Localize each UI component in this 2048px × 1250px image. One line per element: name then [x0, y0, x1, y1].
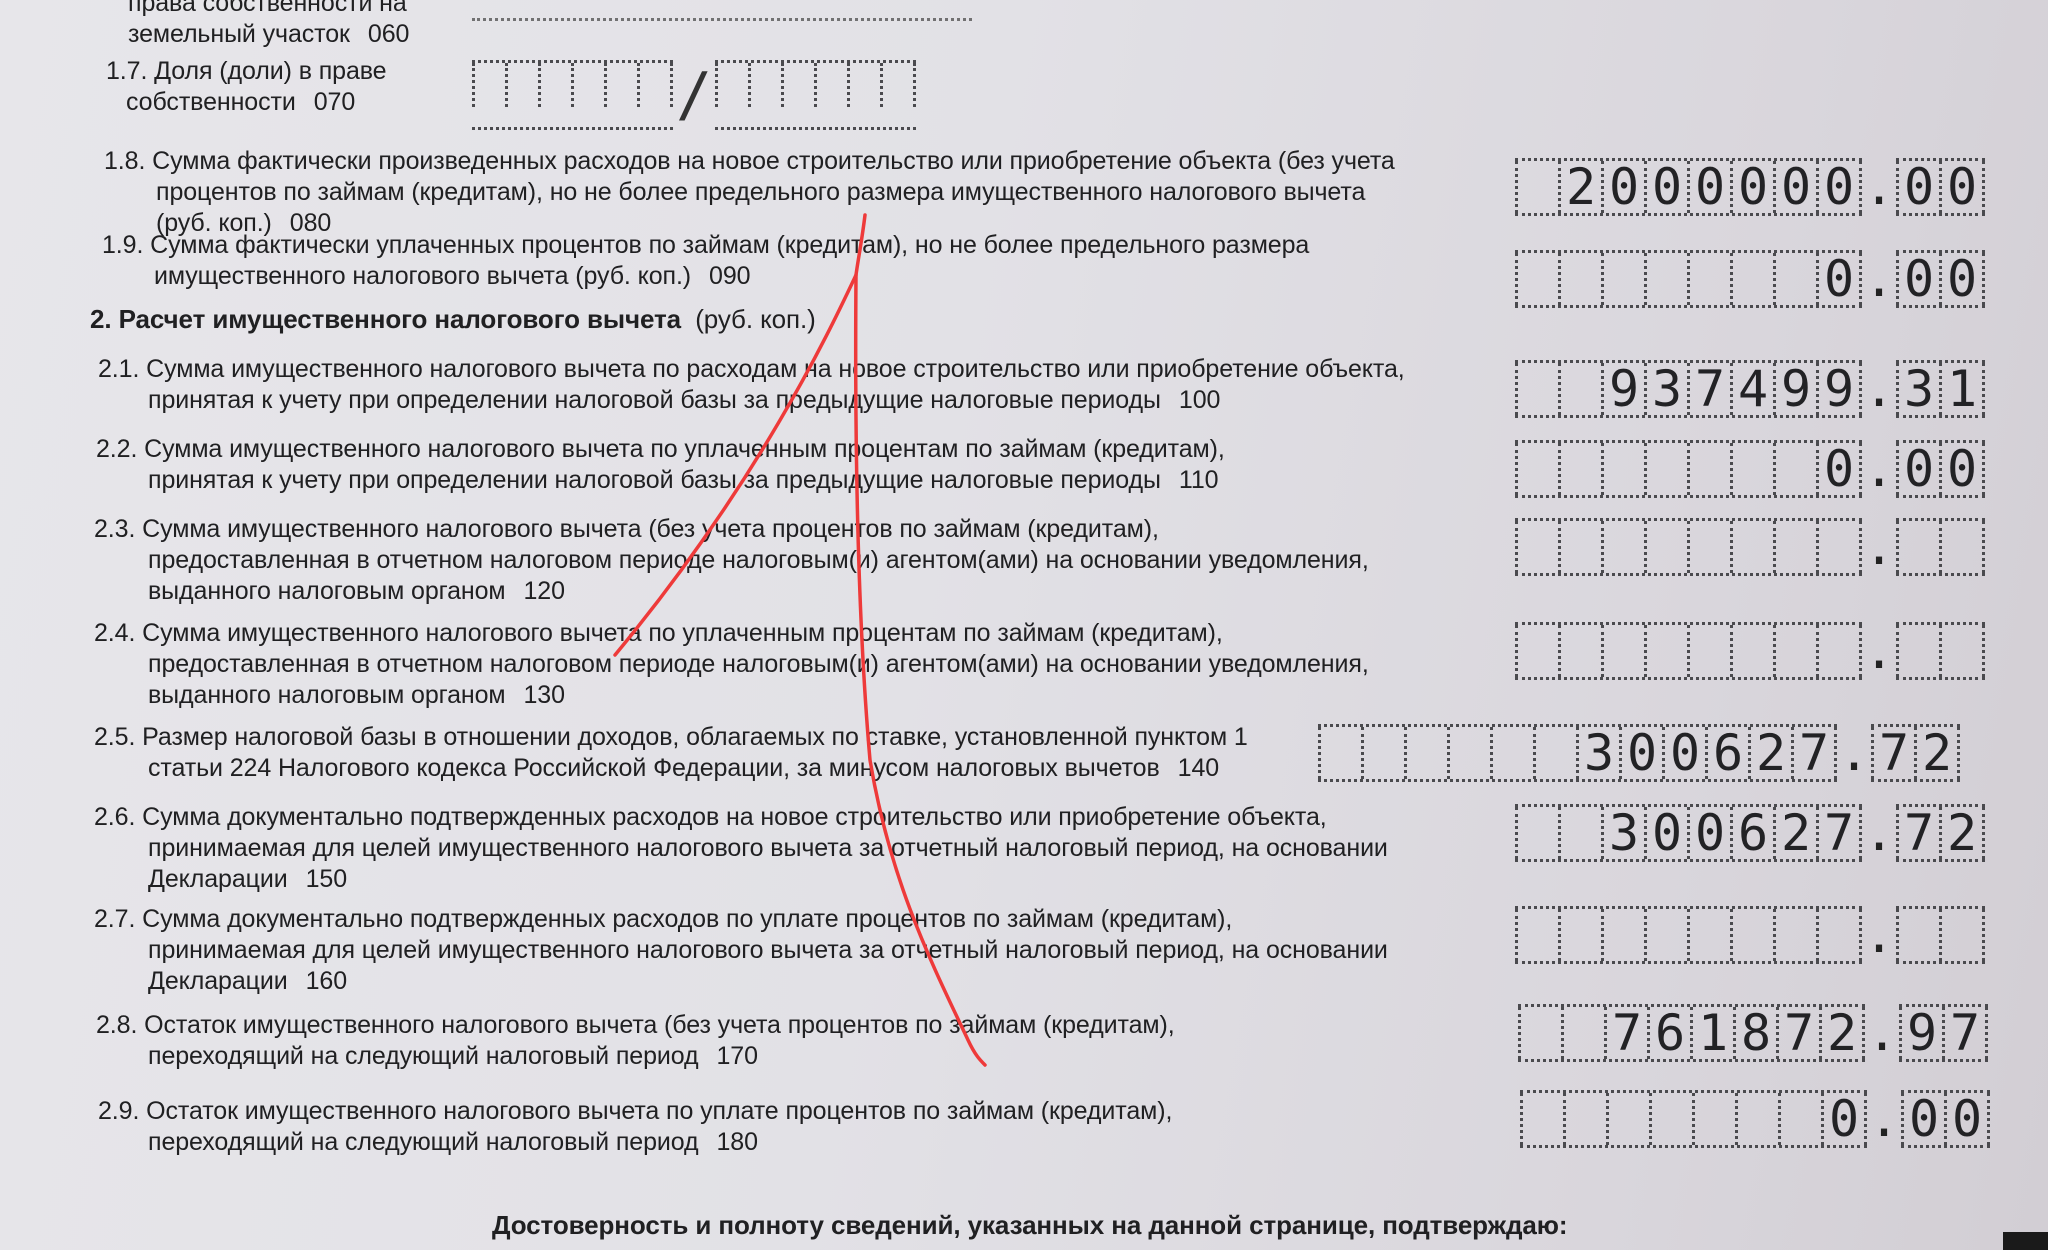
- line-130-amount-field[interactable]: .: [1515, 622, 1985, 680]
- digit-cell: 0: [1939, 253, 1985, 305]
- line-090-number: 1.9.: [102, 231, 143, 259]
- line-100-number: 2.1.: [98, 355, 139, 383]
- digit-cell: [715, 63, 748, 107]
- decimal-point: .: [1862, 440, 1896, 498]
- confirmation-text: Достоверность и полноту сведений, указан…: [492, 1210, 1567, 1241]
- digit-cell: [1601, 521, 1644, 573]
- digit-cell: 7: [1604, 1007, 1647, 1059]
- rubles-cells[interactable]: [1515, 518, 1862, 576]
- line-160-number: 2.7.: [94, 905, 135, 933]
- line-150-text-1: Сумма документально подтвержденных расхо…: [142, 803, 1326, 831]
- decimal-point: .: [1862, 250, 1896, 308]
- digit-cell: [1687, 909, 1730, 961]
- digit-cell: 3: [1601, 807, 1644, 859]
- line-110-label: 2.2. Сумма имущественного налогового выч…: [96, 434, 1225, 496]
- digit-cell: [1490, 727, 1533, 779]
- digit-cell: [1773, 443, 1816, 495]
- digit-cell: [1687, 625, 1730, 677]
- rubles-cells[interactable]: 0: [1515, 440, 1862, 498]
- digit-cell: [505, 63, 538, 107]
- line-070-text-1: Доля (доли) в праве: [154, 57, 386, 85]
- digit-cell: [1515, 521, 1558, 573]
- digit-cell: [1896, 909, 1939, 961]
- kopecks-cells[interactable]: 72: [1896, 804, 1985, 862]
- digit-cell: 0: [1687, 807, 1730, 859]
- line-180-code: 180: [717, 1128, 758, 1156]
- line-120-amount-field[interactable]: .: [1515, 518, 1985, 576]
- digit-cell: 2: [1773, 807, 1816, 859]
- digit-cell: [1644, 625, 1687, 677]
- line-150-label: 2.6. Сумма документально подтвержденных …: [94, 802, 1388, 895]
- line-070-text-2: собственности: [126, 88, 296, 116]
- line-120-code: 120: [524, 577, 565, 605]
- digit-cell: [1361, 727, 1404, 779]
- line-180-amount-field[interactable]: 0.00: [1520, 1090, 1990, 1148]
- digit-cell: 2: [1939, 807, 1985, 859]
- line-150-text-2: принимаемая для целей имущественного нал…: [94, 833, 1388, 864]
- line-180-number: 2.9.: [98, 1097, 139, 1125]
- share-separator: /: [673, 60, 715, 130]
- digit-cell: [1601, 909, 1644, 961]
- digit-cell: 9: [1601, 363, 1644, 415]
- kopecks-cells[interactable]: [1896, 622, 1985, 680]
- line-080-label: 1.8. Сумма фактически произведенных расх…: [104, 146, 1395, 239]
- line-170-amount-field[interactable]: 761872.97: [1518, 1004, 1988, 1062]
- rubles-cells[interactable]: 0: [1515, 250, 1862, 308]
- digit-cell: [1558, 253, 1601, 305]
- line-060-label: права собственности на земельный участок…: [128, 0, 409, 50]
- digit-cell: 2: [1914, 727, 1960, 779]
- line-090-text-2: имущественного налогового вычета (руб. к…: [154, 262, 691, 290]
- line-060-text-2: земельный участок: [128, 20, 350, 48]
- line-160-text-3: Декларации: [148, 967, 288, 995]
- line-120-text-3: выданного налоговым органом: [148, 577, 506, 605]
- line-130-label: 2.4. Сумма имущественного налогового выч…: [94, 618, 1369, 711]
- kopecks-cells[interactable]: 00: [1896, 440, 1985, 498]
- digit-cell: 4: [1730, 363, 1773, 415]
- digit-cell: 3: [1576, 727, 1619, 779]
- line-060-code: 060: [368, 20, 409, 48]
- kopecks-cells[interactable]: 72: [1871, 724, 1960, 782]
- digit-cell: 0: [1944, 1093, 1990, 1145]
- line-170-text-1: Остаток имущественного налогового вычета…: [144, 1011, 1174, 1039]
- line-100-code: 100: [1179, 386, 1220, 414]
- decimal-point: .: [1862, 906, 1896, 964]
- line-160-label: 2.7. Сумма документально подтвержденных …: [94, 904, 1388, 997]
- rubles-cells[interactable]: 937499: [1515, 360, 1862, 418]
- digit-cell: [1649, 1093, 1692, 1145]
- line-080-text-1: Сумма фактически произведенных расходов …: [152, 147, 1395, 175]
- section-2-title: 2. Расчет имущественного налогового выче…: [90, 304, 681, 334]
- digit-cell: 0: [1644, 161, 1687, 213]
- rubles-cells[interactable]: 2000000: [1515, 158, 1862, 216]
- digit-cell: 1: [1690, 1007, 1733, 1059]
- line-170-code: 170: [717, 1042, 758, 1070]
- digit-cell: [1773, 625, 1816, 677]
- digit-cell: [1518, 1007, 1561, 1059]
- line-170-number: 2.8.: [96, 1011, 137, 1039]
- digit-cell: 7: [1942, 1007, 1988, 1059]
- line-130-text-1: Сумма имущественного налогового вычета п…: [142, 619, 1223, 647]
- digit-cell: 3: [1644, 363, 1687, 415]
- digit-cell: [1644, 909, 1687, 961]
- line-070-share-field[interactable]: /: [472, 60, 916, 130]
- kopecks-cells[interactable]: 00: [1901, 1090, 1990, 1148]
- digit-cell: [1816, 909, 1862, 961]
- digit-cell: 9: [1816, 363, 1862, 415]
- digit-cell: [538, 63, 571, 107]
- line-180-text-1: Остаток имущественного налогового вычета…: [146, 1097, 1172, 1125]
- line-070-label: 1.7. Доля (доли) в праве собственности07…: [106, 56, 386, 118]
- line-120-text-2: предоставленная в отчетном налоговом пер…: [94, 545, 1369, 576]
- digit-cell: [1515, 253, 1558, 305]
- digit-cell: 0: [1730, 161, 1773, 213]
- line-140-code: 140: [1178, 754, 1219, 782]
- share-numerator[interactable]: [472, 60, 673, 130]
- digit-cell: [1558, 363, 1601, 415]
- digit-cell: [880, 63, 916, 107]
- corner-marker: [2003, 1232, 2048, 1250]
- line-130-code: 130: [524, 681, 565, 709]
- rubles-cells[interactable]: 761872: [1518, 1004, 1865, 1062]
- decimal-point: .: [1862, 804, 1896, 862]
- digit-cell: [1773, 521, 1816, 573]
- decimal-point: .: [1862, 360, 1896, 418]
- digit-cell: 6: [1705, 727, 1748, 779]
- line-130-text-3: выданного налоговым органом: [148, 681, 506, 709]
- digit-cell: [1515, 909, 1558, 961]
- digit-cell: 0: [1687, 161, 1730, 213]
- line-140-amount-field[interactable]: 300627.72: [1318, 724, 1960, 782]
- line-090-amount-field[interactable]: 0.00: [1515, 250, 1985, 308]
- digit-cell: 0: [1896, 443, 1939, 495]
- digit-cell: [1687, 521, 1730, 573]
- digit-cell: 0: [1644, 807, 1687, 859]
- digit-cell: [1558, 443, 1601, 495]
- share-denominator[interactable]: [715, 60, 916, 130]
- line-110-number: 2.2.: [96, 435, 137, 463]
- line-160-code: 160: [306, 967, 347, 995]
- digit-cell: 7: [1776, 1007, 1819, 1059]
- line-100-label: 2.1. Сумма имущественного налогового выч…: [98, 354, 1405, 416]
- rubles-cells[interactable]: 300627: [1318, 724, 1837, 782]
- line-060-date-fields[interactable]: [472, 0, 972, 21]
- digit-cell: 0: [1939, 161, 1985, 213]
- digit-cell: [1558, 909, 1601, 961]
- digit-cell: [1896, 625, 1939, 677]
- rubles-cells[interactable]: 0: [1520, 1090, 1867, 1148]
- line-150-number: 2.6.: [94, 803, 135, 831]
- digit-cell: 0: [1662, 727, 1705, 779]
- line-150-text-3: Декларации: [148, 865, 288, 893]
- digit-cell: 0: [1896, 161, 1939, 213]
- digit-cell: [1558, 625, 1601, 677]
- digit-cell: 0: [1816, 161, 1862, 213]
- digit-cell: 2: [1558, 161, 1601, 213]
- digit-cell: 0: [1896, 253, 1939, 305]
- digit-cell: 2: [1819, 1007, 1865, 1059]
- digit-cell: [1515, 443, 1558, 495]
- line-090-text-1: Сумма фактически уплаченных процентов по…: [150, 231, 1309, 259]
- digit-cell: 7: [1871, 727, 1914, 779]
- digit-cell: [1515, 807, 1558, 859]
- line-160-text-1: Сумма документально подтвержденных расхо…: [142, 905, 1232, 933]
- line-100-amount-field[interactable]: 937499.31: [1515, 360, 1985, 418]
- kopecks-cells[interactable]: 00: [1896, 250, 1985, 308]
- digit-cell: [1730, 443, 1773, 495]
- digit-cell: [1816, 625, 1862, 677]
- line-140-label: 2.5. Размер налоговой базы в отношении д…: [94, 722, 1248, 784]
- digit-cell: [1558, 807, 1601, 859]
- digit-cell: 1: [1939, 363, 1985, 415]
- digit-cell: 0: [1901, 1093, 1944, 1145]
- line-100-text-2: принятая к учету при определении налогов…: [148, 386, 1161, 414]
- digit-cell: [1601, 443, 1644, 495]
- kopecks-cells[interactable]: 31: [1896, 360, 1985, 418]
- line-140-text-1: Размер налоговой базы в отношении доходо…: [142, 723, 1248, 751]
- decimal-point: .: [1862, 518, 1896, 576]
- line-070-number: 1.7.: [106, 57, 147, 85]
- digit-cell: [847, 63, 880, 107]
- digit-cell: [1687, 253, 1730, 305]
- digit-cell: [1735, 1093, 1778, 1145]
- digit-cell: [1533, 727, 1576, 779]
- digit-cell: 0: [1816, 443, 1862, 495]
- digit-cell: [1606, 1093, 1649, 1145]
- section-2-unit: (руб. коп.): [695, 304, 815, 334]
- decimal-point: .: [1862, 158, 1896, 216]
- line-080-number: 1.8.: [104, 147, 145, 175]
- decimal-point: .: [1862, 622, 1896, 680]
- digit-cell: [1447, 727, 1490, 779]
- kopecks-cells[interactable]: 00: [1896, 158, 1985, 216]
- line-170-label: 2.8. Остаток имущественного налогового в…: [96, 1010, 1175, 1072]
- digit-cell: 0: [1601, 161, 1644, 213]
- digit-cell: [1687, 443, 1730, 495]
- digit-cell: [1730, 521, 1773, 573]
- line-150-amount-field[interactable]: 300627.72: [1515, 804, 1985, 862]
- section-2-heading: 2. Расчет имущественного налогового выче…: [90, 304, 816, 335]
- line-150-code: 150: [306, 865, 347, 893]
- digit-cell: [604, 63, 637, 107]
- digit-cell: 7: [1816, 807, 1862, 859]
- digit-cell: [1601, 625, 1644, 677]
- kopecks-cells[interactable]: [1896, 518, 1985, 576]
- digit-cell: [1816, 521, 1862, 573]
- digit-cell: 0: [1939, 443, 1985, 495]
- digit-cell: 6: [1730, 807, 1773, 859]
- digit-cell: 0: [1619, 727, 1662, 779]
- line-140-text-2: статьи 224 Налогового кодекса Российской…: [148, 754, 1160, 782]
- rubles-cells[interactable]: [1515, 622, 1862, 680]
- line-140-number: 2.5.: [94, 723, 135, 751]
- digit-cell: [1515, 363, 1558, 415]
- line-180-label: 2.9. Остаток имущественного налогового в…: [98, 1096, 1172, 1158]
- digit-cell: [637, 63, 673, 107]
- line-110-text-1: Сумма имущественного налогового вычета п…: [144, 435, 1225, 463]
- digit-cell: 9: [1899, 1007, 1942, 1059]
- digit-cell: [1644, 521, 1687, 573]
- decimal-point: .: [1837, 724, 1871, 782]
- digit-cell: 6: [1647, 1007, 1690, 1059]
- line-100-text-1: Сумма имущественного налогового вычета п…: [146, 355, 1404, 383]
- digit-cell: [1730, 909, 1773, 961]
- digit-cell: 7: [1896, 807, 1939, 859]
- digit-cell: [472, 63, 505, 107]
- digit-cell: 0: [1821, 1093, 1867, 1145]
- digit-cell: [1939, 909, 1985, 961]
- digit-cell: [1773, 909, 1816, 961]
- line-110-text-2: принятая к учету при определении налогов…: [148, 466, 1161, 494]
- line-160-amount-field[interactable]: .: [1515, 906, 1985, 964]
- digit-cell: [1520, 1093, 1563, 1145]
- digit-cell: [571, 63, 604, 107]
- digit-cell: [1644, 253, 1687, 305]
- line-160-text-2: принимаемая для целей имущественного нал…: [94, 935, 1388, 966]
- line-180-text-2: переходящий на следующий налоговый перио…: [148, 1128, 699, 1156]
- digit-cell: 0: [1773, 161, 1816, 213]
- line-170-text-2: переходящий на следующий налоговый перио…: [148, 1042, 699, 1070]
- line-120-label: 2.3. Сумма имущественного налогового выч…: [94, 514, 1369, 607]
- digit-cell: [814, 63, 847, 107]
- kopecks-cells[interactable]: 97: [1899, 1004, 1988, 1062]
- line-080-amount-field[interactable]: 2000000.00: [1515, 158, 1985, 216]
- digit-cell: [1601, 253, 1644, 305]
- digit-cell: 0: [1816, 253, 1862, 305]
- digit-cell: [781, 63, 814, 107]
- digit-cell: [1515, 625, 1558, 677]
- line-090-code: 090: [709, 262, 750, 290]
- digit-cell: [1563, 1093, 1606, 1145]
- line-130-number: 2.4.: [94, 619, 135, 647]
- digit-cell: [1778, 1093, 1821, 1145]
- digit-cell: 2: [1748, 727, 1791, 779]
- digit-cell: 7: [1687, 363, 1730, 415]
- digit-cell: 9: [1773, 363, 1816, 415]
- decimal-point: .: [1865, 1004, 1899, 1062]
- rubles-cells[interactable]: [1515, 906, 1862, 964]
- line-090-label: 1.9. Сумма фактически уплаченных процент…: [102, 230, 1309, 292]
- digit-cell: 8: [1733, 1007, 1776, 1059]
- line-060-text-1: права собственности на: [128, 0, 409, 19]
- line-110-amount-field[interactable]: 0.00: [1515, 440, 1985, 498]
- digit-cell: [1939, 521, 1985, 573]
- line-110-code: 110: [1179, 466, 1219, 494]
- digit-cell: [1561, 1007, 1604, 1059]
- digit-cell: [1939, 625, 1985, 677]
- digit-cell: [1318, 727, 1361, 779]
- line-120-text-1: Сумма имущественного налогового вычета (…: [142, 515, 1159, 543]
- digit-cell: [1515, 161, 1558, 213]
- rubles-cells[interactable]: 300627: [1515, 804, 1862, 862]
- digit-cell: [1896, 521, 1939, 573]
- digit-cell: 3: [1896, 363, 1939, 415]
- line-070-code: 070: [314, 88, 355, 116]
- digit-cell: [1730, 625, 1773, 677]
- digit-cell: [1404, 727, 1447, 779]
- line-080-text-2: процентов по займам (кредитам), но не бо…: [104, 177, 1395, 208]
- digit-cell: [1773, 253, 1816, 305]
- digit-cell: [748, 63, 781, 107]
- kopecks-cells[interactable]: [1896, 906, 1985, 964]
- digit-cell: [1692, 1093, 1735, 1145]
- digit-cell: [1558, 521, 1601, 573]
- digit-cell: 7: [1791, 727, 1837, 779]
- decimal-point: .: [1867, 1090, 1901, 1148]
- digit-cell: [1730, 253, 1773, 305]
- line-120-number: 2.3.: [94, 515, 135, 543]
- tax-declaration-page: права собственности на земельный участок…: [0, 0, 2048, 1250]
- line-130-text-2: предоставленная в отчетном налоговом пер…: [94, 649, 1369, 680]
- digit-cell: [1644, 443, 1687, 495]
